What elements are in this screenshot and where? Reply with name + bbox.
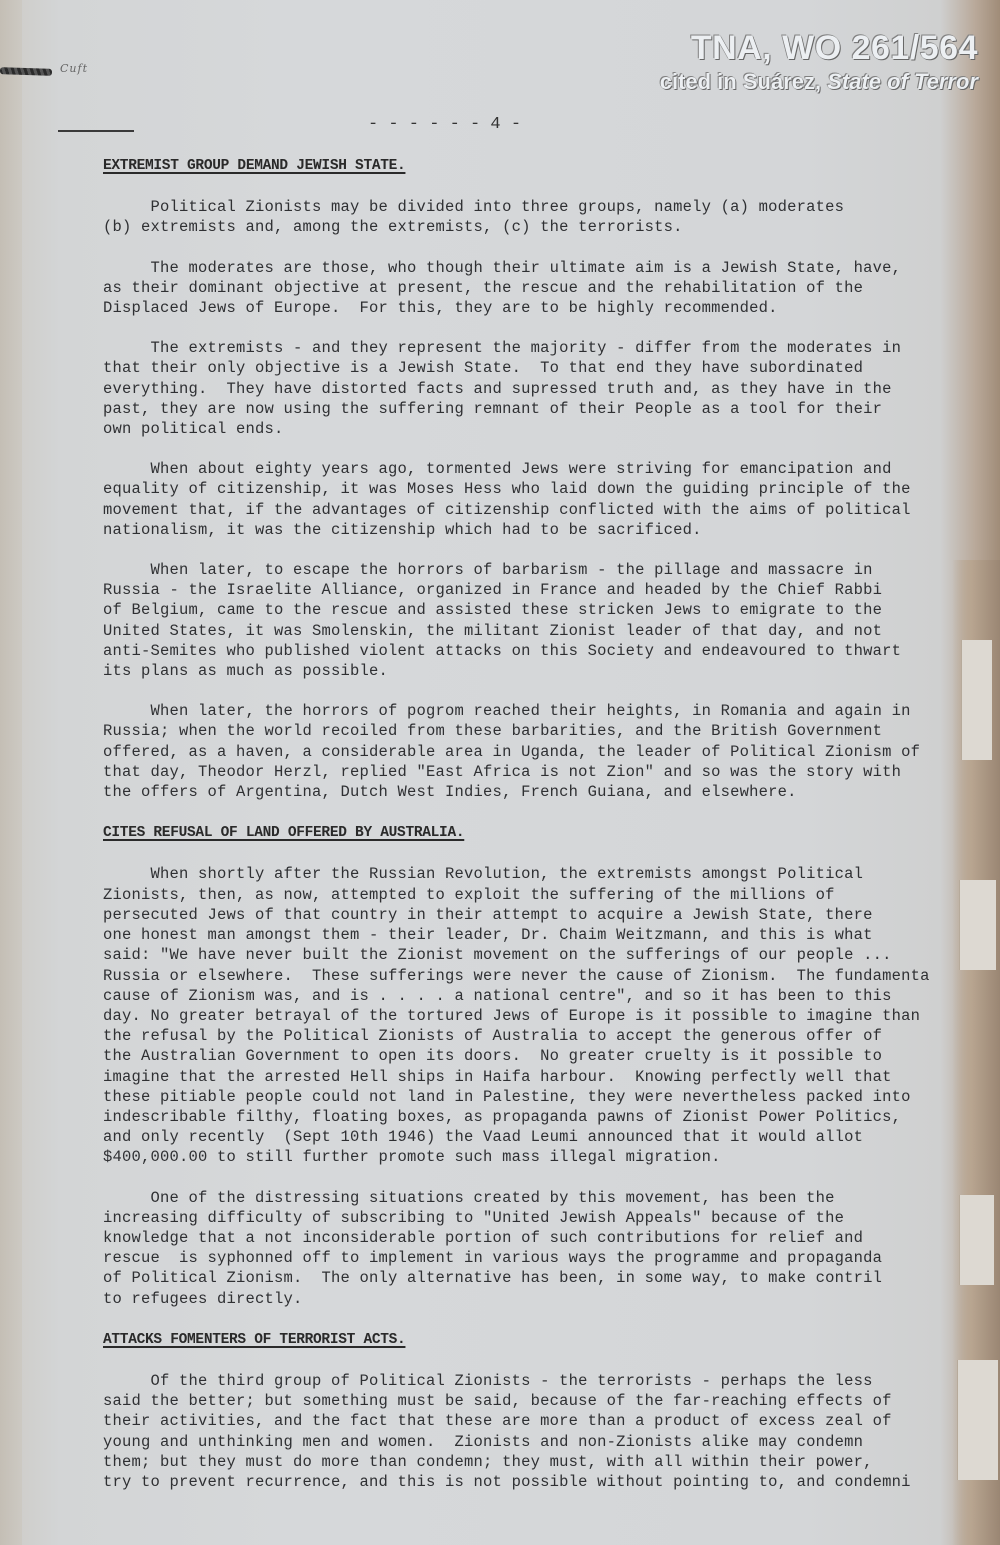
paragraph: Of the third group of Political Zionists…	[103, 1371, 973, 1492]
paper-left-edge	[0, 0, 22, 1545]
paragraph: When later, the horrors of pogrom reache…	[103, 701, 973, 802]
section-heading: EXTREMIST GROUP DEMAND JEWISH STATE.	[103, 156, 405, 176]
paragraph: The extremists - and they represent the …	[103, 338, 973, 439]
paragraph: When later, to escape the horrors of bar…	[103, 560, 973, 681]
paragraph: The moderates are those, who though thei…	[103, 258, 973, 319]
citation-archive-ref: TNA, WO 261/564	[660, 28, 978, 68]
paragraph: When shortly after the Russian Revolutio…	[103, 864, 973, 1167]
typewritten-body: EXTREMIST GROUP DEMAND JEWISH STATE. Pol…	[103, 155, 973, 1492]
document-page: Cuft TNA, WO 261/564 cited in Suárez, St…	[0, 0, 1000, 1545]
section-heading: CITES REFUSAL OF LAND OFFERED BY AUSTRAL…	[103, 823, 464, 843]
page-number: - - - - - - 4 -	[368, 115, 521, 134]
page-number-value: - 4 -	[470, 115, 521, 134]
paragraph: When about eighty years ago, tormented J…	[103, 459, 973, 540]
paragraph: Political Zionists may be divided into t…	[103, 197, 973, 237]
citation-watermark: TNA, WO 261/564 cited in Suárez, State o…	[660, 28, 978, 96]
citation-book-title: State of Terror	[827, 69, 978, 94]
citation-source: cited in Suárez, State of Terror	[660, 68, 978, 96]
margin-mark	[58, 130, 134, 132]
margin-stamp: Cuft	[60, 62, 88, 75]
paragraph: One of the distressing situations create…	[103, 1188, 973, 1309]
citation-prefix: cited in Suárez,	[660, 69, 828, 94]
section-heading: ATTACKS FOMENTERS OF TERRORIST ACTS.	[103, 1330, 405, 1350]
